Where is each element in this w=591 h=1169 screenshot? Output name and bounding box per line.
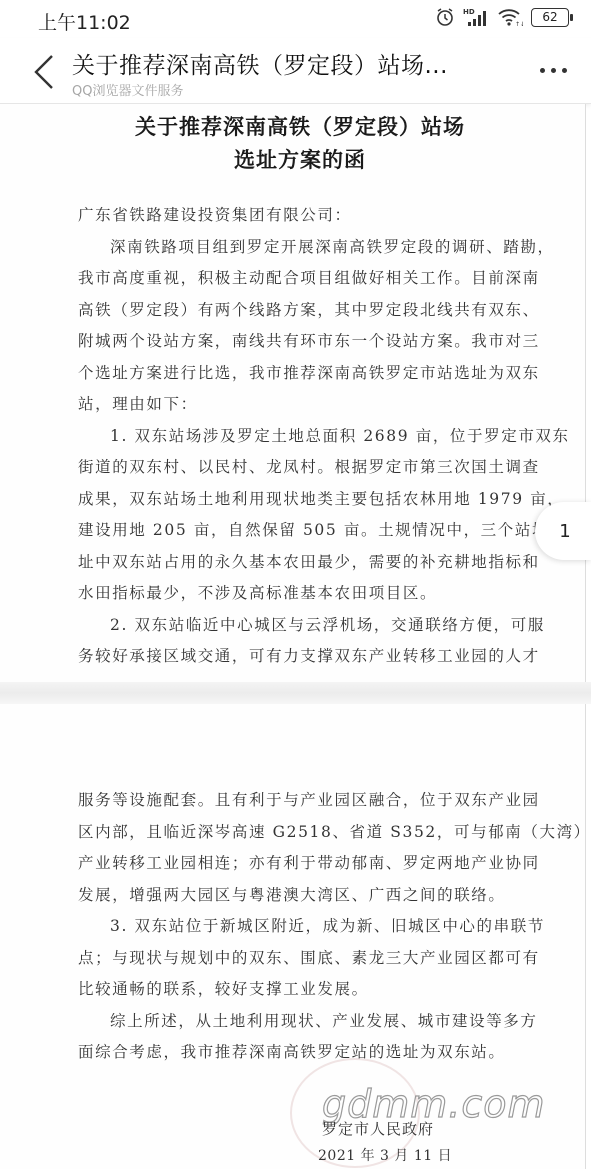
doc-line: 产业转移工业园相连；亦有利于带动郁南、罗定两地产业协同 <box>78 848 518 880</box>
doc-line: 发展，增强两大园区与粤港澳大湾区、广西之间的联络。 <box>78 880 518 912</box>
hd-signal-icon: HD <box>463 7 489 27</box>
alarm-icon <box>435 7 455 27</box>
doc-line: 个选址方案进行比选，我市推荐深南高铁罗定市站选址为双东 <box>78 358 518 390</box>
wifi-icon: ↑↓ <box>497 7 523 27</box>
doc-line: 水田指标最少，不涉及高标准基本农田项目区。 <box>78 578 518 610</box>
document-source: QQ浏览器文件服务 <box>72 80 183 99</box>
status-bar: 上午11:02 HD ↑↓ 62 <box>0 0 591 38</box>
doc-line: 广东省铁路建设投资集团有限公司： <box>78 200 518 232</box>
back-button[interactable] <box>28 52 60 92</box>
doc-line: 我市高度重视，积极主动配合项目组做好相关工作。目前深南 <box>78 263 518 295</box>
battery-icon: 62 <box>531 8 569 27</box>
status-icons: HD ↑↓ 62 <box>435 7 569 27</box>
doc-line: 1. 双东站场涉及罗定土地总面积 2689 亩，位于罗定市双东 <box>78 421 518 453</box>
doc-line: 街道的双东村、以民村、龙凤村。根据罗定市第三次国土调查 <box>78 452 518 484</box>
doc-line: 区内部，且临近深岑高速 G2518、省道 S352，可与郁南（大湾） <box>78 817 518 849</box>
doc-line: 3. 双东站位于新城区附近，成为新、旧城区中心的串联节 <box>78 911 518 943</box>
doc-title-line-2: 选址方案的函 <box>60 143 540 176</box>
doc-line: 附城两个设站方案，南线共有环市东一个设站方案。我市对三 <box>78 326 518 358</box>
doc-line: 高铁（罗定段）有两个线路方案，其中罗定段北线共有双东、 <box>78 295 518 327</box>
document-title: 关于推荐深南高铁（罗定段）站场... <box>72 47 448 80</box>
doc-line: 综上所述，从土地利用现状、产业发展、城市建设等多方 <box>78 1006 518 1038</box>
doc-line: 比较通畅的联系，较好支撑工业发展。 <box>78 974 518 1006</box>
page2-body: 服务等设施配套。且有利于与产业园区融合，位于双东产业园 区内部，且临近深岑高速 … <box>78 785 518 1069</box>
status-time: 上午11:02 <box>38 8 131 35</box>
doc-line: 深南铁路项目组到罗定开展深南高铁罗定段的调研、踏勘， <box>78 232 518 264</box>
doc-line: 址中双东站占用的永久基本农田最少，需要的补充耕地指标和 <box>78 547 518 579</box>
more-dot-icon <box>551 68 556 73</box>
page-number-indicator[interactable]: 1 <box>535 502 591 560</box>
page-separator <box>0 682 591 704</box>
more-dot-icon <box>540 68 545 73</box>
doc-line: 成果，双东站场土地利用现状地类主要包括农林用地 1979 亩， <box>78 484 518 516</box>
signature-date: 2021 年 3 月 11 日 <box>318 1145 452 1165</box>
doc-line: 点；与现状与规划中的双东、围底、素龙三大产业园区都可有 <box>78 943 518 975</box>
page1-body: 广东省铁路建设投资集团有限公司： 深南铁路项目组到罗定开展深南高铁罗定段的调研、… <box>78 200 518 673</box>
more-dot-icon <box>562 68 567 73</box>
signature-organization: 罗定市人民政府 <box>322 1118 434 1139</box>
doc-line: 服务等设施配套。且有利于与产业园区融合，位于双东产业园 <box>78 785 518 817</box>
doc-line: 站，理由如下： <box>78 389 518 421</box>
doc-line: 务较好承接区域交通，可有力支撑双东产业转移工业园的人才 <box>78 641 518 673</box>
doc-line: 面综合考虑，我市推荐深南高铁罗定站的选址为双东站。 <box>78 1037 518 1069</box>
more-options-button[interactable] <box>540 68 567 73</box>
doc-title-line-1: 关于推荐深南高铁（罗定段）站场 <box>60 110 540 143</box>
nav-bar: 关于推荐深南高铁（罗定段）站场... QQ浏览器文件服务 <box>0 38 591 104</box>
doc-line: 2. 双东站临近中心城区与云浮机场，交通联络方便，可服 <box>78 610 518 642</box>
chevron-left-icon <box>28 52 60 92</box>
svg-text:↑↓: ↑↓ <box>515 21 523 27</box>
doc-line: 建设用地 205 亩，自然保留 505 亩。土规情况中，三个站场选 <box>78 515 518 547</box>
svg-text:HD: HD <box>463 8 475 16</box>
